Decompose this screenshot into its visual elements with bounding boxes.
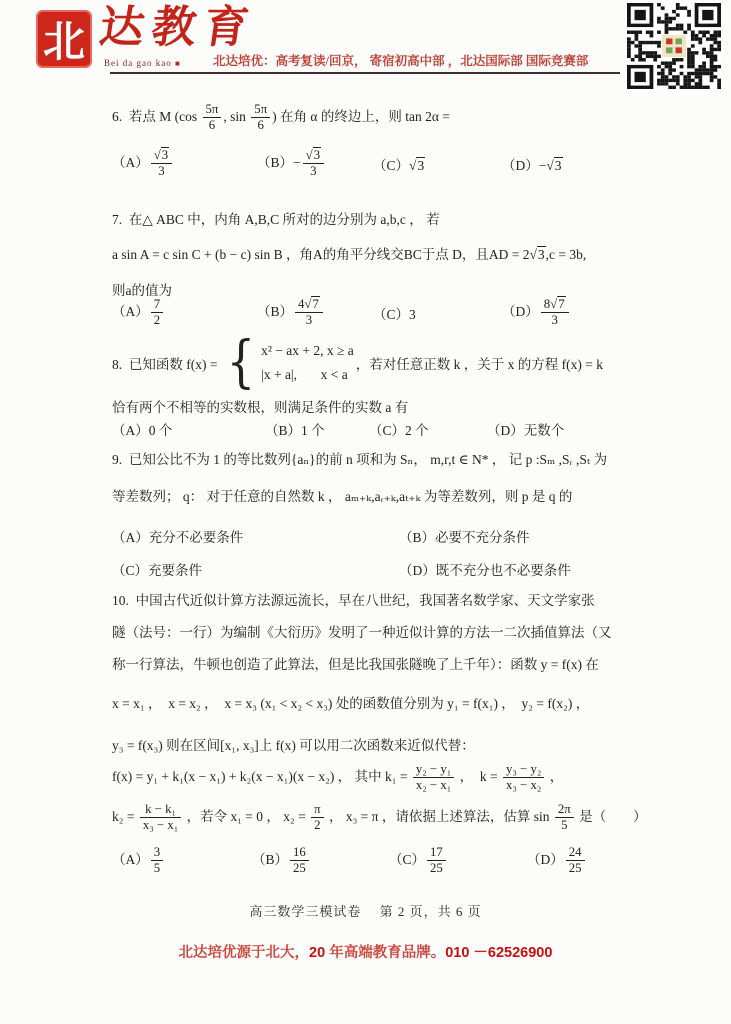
question-6-stem: 6. 若点 M (cos 5π6, sin 5π6) 在角 α 的终边上，则 t… — [112, 102, 637, 134]
option-10B: （B）1625 — [252, 845, 389, 877]
option-label: （A） — [112, 304, 149, 319]
piecewise-brace: { — [227, 338, 256, 388]
question-9-stem-line2: 等差数列； q： 对于任意的自然数 k ， aₘ₊ₖ,aᵣ₊ₖ,aₜ₊ₖ 为等差… — [112, 485, 637, 505]
footer-brand-text: 北达培优源于北大， — [179, 945, 310, 961]
option-8B: （B）1 个 — [265, 419, 369, 439]
option-6B: （B）−√33 — [257, 148, 373, 180]
page-number-info: 高三数学三模试卷 第 2 页，共 6 页 — [0, 901, 731, 920]
option-value: 8√73 — [539, 304, 571, 319]
option-value: 充分不必要条件 — [149, 530, 244, 545]
option-8D: （D）无数个 — [487, 419, 640, 439]
option-label: （D） — [487, 423, 524, 438]
question-7-stem-line1: 7. 在△ ABC 中，内角 A,B,C 所对的边分别为 a,b,c ， 若 — [112, 208, 637, 228]
header-tagline: 北达培优：高考复读/回京， 寄宿初高中部 ，北达国际部 国际竞赛部 — [213, 51, 623, 69]
option-label: （A） — [112, 155, 149, 170]
q8-case-1: x² − ax + 2, x ≥ a — [261, 343, 354, 359]
option-7A: （A）72 — [112, 297, 257, 329]
option-value: 充要条件 — [148, 563, 202, 578]
brand-seal-icon: 北 — [36, 10, 92, 68]
question-8-options: （A）0 个 （B）1 个 （C）2 个 （D）无数个 — [112, 419, 640, 439]
option-value: 1725 — [425, 852, 448, 867]
question-9-options-row2: （C）充要条件 （D）既不充分也不必要条件 — [112, 559, 640, 579]
question-8-stem: 8. 已知函数 f(x) = { x² − ax + 2, x ≥ a |x +… — [112, 338, 652, 388]
brand-logo-subtitle-text: Bei da gao kao — [104, 58, 172, 68]
option-value: 35 — [149, 852, 165, 867]
option-value: √3 — [409, 157, 425, 173]
option-9A: （A）充分不必要条件 — [112, 526, 399, 546]
option-label: （D） — [502, 304, 539, 319]
question-7-options: （A）72 （B）4√73 （C）3 （D）8√73 — [112, 297, 640, 329]
option-value: 既不充分也不必要条件 — [436, 563, 571, 578]
question-10-stem-line2: 隧（法号：一行）为编制《大衍历》发明了一种近似计算的方法一二次插值算法（又 — [112, 621, 637, 641]
option-value: 1625 — [288, 852, 311, 867]
option-9D: （D）既不充分也不必要条件 — [399, 559, 640, 579]
option-value: −√33 — [293, 155, 326, 170]
option-7D: （D）8√73 — [502, 297, 640, 329]
question-9-options-row1: （A）充分不必要条件 （B）必要不充分条件 — [112, 526, 640, 546]
question-6-options: （A）√33 （B）−√33 （C）√3 （D）−√3 — [112, 148, 640, 180]
option-label: （B） — [257, 304, 293, 319]
question-10-stem-line1: 10. 中国古代近似计算方法源远流长，早在八世纪，我国著名数学家、天文学家张 — [112, 589, 637, 609]
qr-code — [627, 3, 721, 89]
option-label: （C） — [112, 563, 148, 578]
q8-case-2: |x + a|, x < a — [261, 367, 354, 383]
option-label: （A） — [112, 852, 149, 867]
option-label: （A） — [112, 423, 149, 438]
question-9-stem-line1: 9. 已知公比不为 1 的等比数列{aₙ}的前 n 项和为 Sₙ， m,r,t … — [112, 448, 637, 468]
option-label: （D） — [399, 563, 436, 578]
exam-page: 北 达教育 Bei da gao kao ■ 北达培优：高考复读/回京， 寄宿初… — [0, 0, 731, 1024]
option-label: （C） — [373, 307, 409, 322]
q8-prefix: 8. 已知函数 f(x) = — [112, 353, 217, 373]
option-10A: （A）35 — [112, 845, 252, 877]
option-label: （A） — [112, 530, 149, 545]
option-value: 无数个 — [524, 423, 565, 438]
brand-logo-subtitle: Bei da gao kao ■ — [104, 58, 181, 68]
footer-brand-text2: 年高端教育品牌。 — [325, 945, 445, 961]
question-10-stem-line4: x = x₁ ， x = x₂ ， x = x₃ (x₁ < x₂ < x₃) … — [112, 692, 637, 712]
footer-brand-line: 北达培优源于北大，20 年高端教育品牌。010 －62526900 — [0, 941, 731, 962]
red-square-icon: ■ — [175, 59, 181, 68]
option-7C: （C）3 — [373, 303, 502, 323]
option-value: 3 — [409, 307, 416, 322]
option-value: −√3 — [539, 157, 563, 173]
option-value: 2 个 — [405, 423, 429, 438]
option-9B: （B）必要不充分条件 — [399, 526, 640, 546]
brand-logo-text: 达教育 — [97, 4, 260, 52]
question-10-stem-line3: 称一行算法，牛顿也创造了此算法，但是比我国张隧晚了上千年）：函数 y = f(x… — [112, 653, 637, 673]
option-7B: （B）4√73 — [257, 297, 373, 329]
footer-brand-years: 20 — [309, 945, 325, 961]
piecewise-cases: x² − ax + 2, x ≥ a |x + a|, x < a — [261, 343, 354, 383]
option-10C: （C）1725 — [389, 845, 527, 877]
option-9C: （C）充要条件 — [112, 559, 399, 579]
option-label: （B） — [252, 852, 288, 867]
question-10-options: （A）35 （B）1625 （C）1725 （D）2425 — [112, 845, 640, 877]
option-label: （B） — [399, 530, 435, 545]
footer-phone-number: 010 －62526900 — [445, 945, 552, 961]
option-value: 1 个 — [301, 423, 325, 438]
option-6C: （C）√3 — [373, 154, 502, 174]
option-value: 必要不充分条件 — [435, 530, 530, 545]
option-6D: （D）−√3 — [502, 154, 640, 174]
option-value: 72 — [149, 304, 165, 319]
option-value: 4√73 — [293, 304, 325, 319]
q8-suffix: ，若对任意正数 k ，关于 x 的方程 f(x) = k — [356, 353, 603, 373]
option-value: 2425 — [564, 852, 587, 867]
option-label: （B） — [265, 423, 301, 438]
option-label: （C） — [389, 852, 425, 867]
option-8A: （A）0 个 — [112, 419, 265, 439]
option-value: 0 个 — [149, 423, 173, 438]
question-10-stem-line5: y₃ = f(x₃) 则在区间[x₁, x₃]上 f(x) 可以用二次函数来近似… — [112, 734, 637, 754]
question-7-stem-line2: a sin A = c sin C + (b − c) sin B ，角A的角平… — [112, 243, 637, 263]
option-label: （D） — [527, 852, 564, 867]
option-value: √33 — [149, 155, 174, 170]
option-label: （B） — [257, 155, 293, 170]
option-10D: （D）2425 — [527, 845, 640, 877]
question-10-stem-line6: f(x) = y₁ + k₁(x − x₁) + k₂(x − x₁)(x − … — [112, 762, 637, 794]
question-8-stem-line2: 恰有两个不相等的实数根，则满足条件的实数 a 有 — [112, 396, 637, 416]
option-6A: （A）√33 — [112, 148, 257, 180]
option-label: （C） — [373, 158, 409, 173]
question-10-stem-line7: k₂ = k − k₁x₃ − x₁ ，若令 x₁ = 0 ， x₂ = π2 … — [112, 802, 637, 834]
option-8C: （C）2 个 — [369, 419, 487, 439]
option-label: （C） — [369, 423, 405, 438]
header-divider — [110, 72, 620, 74]
option-label: （D） — [502, 158, 539, 173]
